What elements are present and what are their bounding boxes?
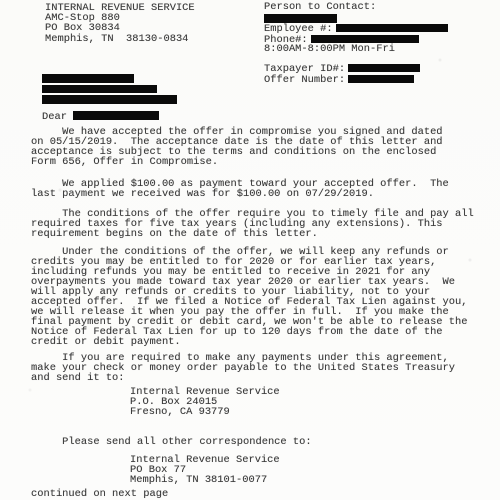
paragraph-payment-instructions: If you are required to make any payments… bbox=[31, 353, 491, 383]
contact-hours: 8:00AM-8:00PM Mon-Fri bbox=[264, 45, 448, 55]
redacted-phone-number bbox=[311, 35, 419, 43]
paragraph-refunds-lien: Under the conditions of the offer, we wi… bbox=[31, 247, 491, 347]
redacted-recipient-city bbox=[42, 95, 177, 104]
redacted-recipient-street bbox=[42, 85, 157, 93]
redacted-recipient-name bbox=[42, 74, 134, 83]
redacted-taxpayer-id bbox=[348, 64, 420, 72]
redacted-salutation-name bbox=[73, 111, 159, 120]
contact-info-block: Person to Contact: Employee #: Phone#: 8… bbox=[264, 3, 448, 86]
paragraph-conditions: The conditions of the offer require you … bbox=[31, 209, 491, 239]
letter-body: We have accepted the offer in compromise… bbox=[31, 127, 491, 499]
sender-address-block: INTERNAL REVENUE SERVICE AMC-Stop 880 PO… bbox=[45, 3, 195, 44]
paragraph-correspondence: Please send all other correspondence to: bbox=[31, 437, 491, 447]
payment-address-block: Internal Revenue Service P.O. Box 24015 … bbox=[130, 387, 491, 417]
redacted-person-name bbox=[264, 14, 337, 23]
correspondence-address-block: Internal Revenue Service PO Box 77 Memph… bbox=[130, 455, 491, 485]
recipient-address-block: Dear bbox=[42, 74, 177, 122]
scanned-irs-letter-page: INTERNAL REVENUE SERVICE AMC-Stop 880 PO… bbox=[0, 0, 500, 500]
salutation-label: Dear bbox=[42, 111, 67, 123]
redacted-offer-number bbox=[348, 75, 414, 83]
paragraph-acceptance: We have accepted the offer in compromise… bbox=[31, 127, 491, 167]
redacted-employee-number bbox=[336, 24, 448, 32]
paragraph-payment-applied: We applied $100.00 as payment toward you… bbox=[31, 179, 491, 199]
offer-number-label: Offer Number: bbox=[264, 74, 345, 86]
person-to-contact-label: Person to Contact: bbox=[264, 3, 448, 13]
continued-note: continued on next page bbox=[31, 489, 491, 499]
